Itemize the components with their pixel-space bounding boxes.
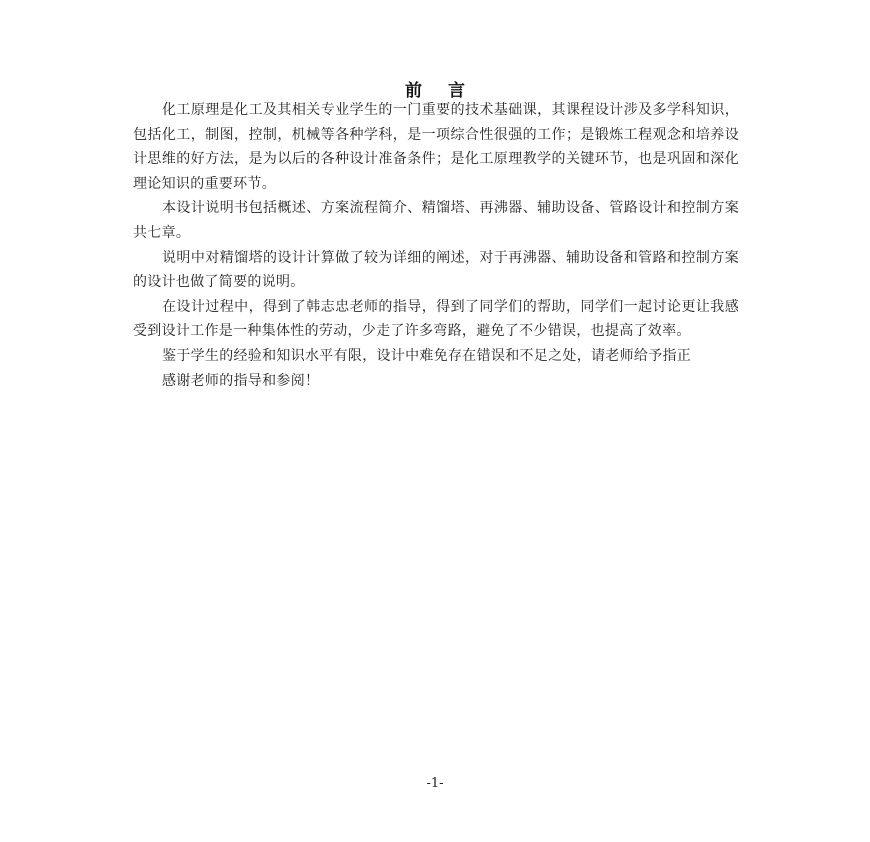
paragraph: 本设计说明书包括概述、方案流程简介、精馏塔、再沸器、辅助设备、管路设计和控制方案… bbox=[133, 196, 739, 245]
page-number: -1- bbox=[0, 776, 870, 791]
preface-body: 化工原理是化工及其相关专业学生的一门重要的技术基础课，其课程设计涉及多学科知识，… bbox=[133, 98, 739, 393]
paragraph: 鉴于学生的经验和知识水平有限，设计中难免存在错误和不足之处，请老师给予指正 bbox=[133, 344, 739, 369]
paragraph: 感谢老师的指导和参阅！ bbox=[133, 369, 739, 394]
paragraph: 化工原理是化工及其相关专业学生的一门重要的技术基础课，其课程设计涉及多学科知识，… bbox=[133, 98, 739, 196]
paragraph: 在设计过程中，得到了韩志忠老师的指导，得到了同学们的帮助，同学们一起讨论更让我感… bbox=[133, 295, 739, 344]
paragraph: 说明中对精馏塔的设计计算做了较为详细的阐述，对于再沸器、辅助设备和管路和控制方案… bbox=[133, 246, 739, 295]
document-page: 前言 化工原理是化工及其相关专业学生的一门重要的技术基础课，其课程设计涉及多学科… bbox=[0, 0, 870, 842]
